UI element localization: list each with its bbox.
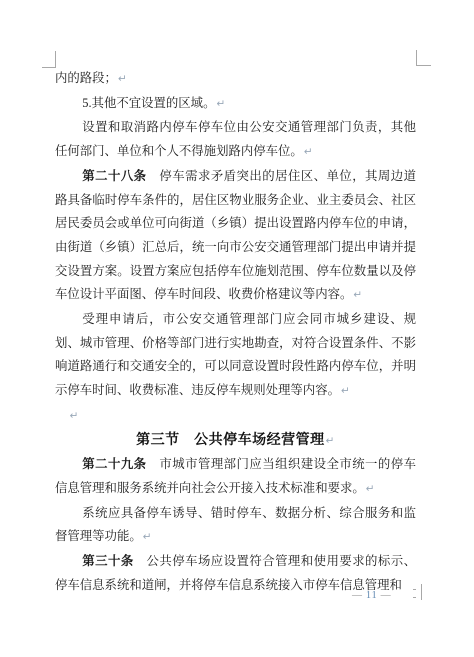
paragraph: 第二十九条 市城市管理部门应当组织建设全市统一的停车信息管理和服务系统并向社会公…: [55, 453, 416, 501]
pilcrow-icon: ↵: [340, 385, 350, 397]
document-body: 内的路段；↵ 5.其他不宜设置的区域。↵ 设置和取消路内停车停车位由公安交通管理…: [55, 67, 416, 598]
crop-mark-top-right-icon: [416, 50, 431, 66]
page-number: —11—: [352, 590, 392, 602]
paragraph: 第二十八条 停车需求矛盾突出的居住区、单位，其周边道路具备临时停车条件的，居住区…: [55, 165, 416, 308]
page-number-dash: —: [381, 590, 392, 601]
section-heading-text: 第三节 公共停车场经营管理: [136, 431, 325, 447]
pilcrow-icon: ↵: [352, 289, 362, 301]
article-number: 第二十八条: [82, 169, 146, 183]
pilcrow-icon: ↵: [117, 73, 127, 85]
paragraph-text: 系统应具备停车诱导、错时停车、数据分析、综合服务和监督管理等功能。: [55, 506, 416, 544]
article-number: 第三十条: [82, 554, 133, 568]
pilcrow-icon: ↵: [142, 531, 152, 543]
pilcrow-icon: ↵: [303, 146, 313, 158]
article-number: 第二十九条: [82, 457, 146, 471]
paragraph: 系统应具备停车诱导、错时停车、数据分析、综合服务和监督管理等功能。↵: [55, 502, 416, 550]
pilcrow-icon: ↵: [215, 98, 225, 110]
crop-mark-top-left-icon: [42, 51, 56, 68]
empty-paragraph: ↵: [55, 404, 416, 428]
paragraph-text: 内的路段；: [55, 71, 117, 85]
paragraph: 内的路段；↵: [55, 67, 416, 92]
paragraph: 受理申请后，市公安交通管理部门应会同市城乡建设、规划、城市管理、价格等部门进行实…: [55, 308, 416, 404]
pilcrow-icon: [402, 580, 403, 592]
paragraph-text: 受理申请后，市公安交通管理部门应会同市城乡建设、规划、城市管理、价格等部门进行实…: [55, 312, 416, 397]
paragraph-text: 设置和取消路内停车停车位由公安交通管理部门负责，其他任何部门、单位和个人不得施划…: [55, 120, 416, 158]
pilcrow-icon: ↵: [365, 483, 375, 495]
paragraph: 设置和取消路内停车停车位由公安交通管理部门负责，其他任何部门、单位和个人不得施划…: [55, 116, 416, 164]
pilcrow-icon: ↵: [325, 435, 335, 447]
page-number-value: 11: [363, 590, 381, 601]
document-page: 内的路段；↵ 5.其他不宜设置的区域。↵ 设置和取消路内停车停车位由公安交通管理…: [0, 0, 474, 657]
paragraph: 5.其他不宜设置的区域。↵: [55, 92, 416, 117]
pilcrow-icon: ↵: [69, 410, 79, 422]
section-heading: 第三节 公共停车场经营管理↵: [55, 428, 416, 454]
page-number-dash: —: [352, 590, 363, 601]
paragraph-text: 5.其他不宜设置的区域。: [82, 96, 215, 110]
paragraph-text: 停车需求矛盾突出的居住区、单位，其周边道路具备临时停车条件的，居住区物业服务企业…: [55, 169, 416, 302]
